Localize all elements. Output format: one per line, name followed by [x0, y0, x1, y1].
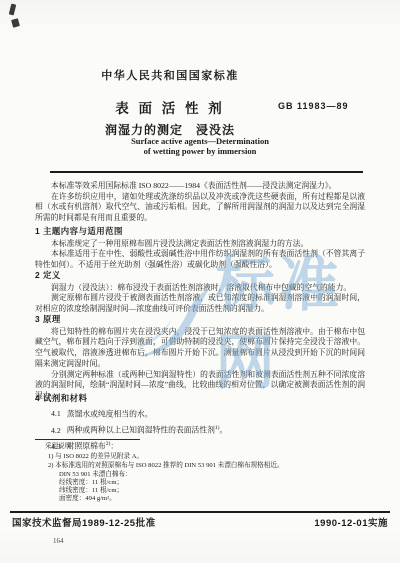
footnote-label: 采用说明： [45, 442, 365, 452]
item-text: 蒸馏水或纯度相当的水。 [67, 409, 153, 418]
scan-mark [9, 4, 17, 16]
footnote: 2) 本标准选用的对照原棉布与 ISO 8022 推荐的 DIN 53 901 … [48, 461, 365, 471]
footnote-spec-line: 纬线密度：11 根/cm； [59, 487, 365, 495]
paragraph: 本标准等效采用国际标准 ISO 8022——1984《表面活性剂——浸没法测定润… [35, 181, 365, 192]
paragraph: 在许多纺织应用中，诸如处理或洗涤纺织品以及冲洗或净洗这些硬表面，所有过程都是以液… [35, 192, 365, 224]
paragraph: 测定原棉布圆片浸没于被测表面活性剂溶液，或已知浓度的标准润湿剂溶液中的润湿时间，… [35, 293, 365, 314]
list-item: 4.1蒸馏水或纯度相当的水。 [51, 407, 365, 420]
header-divider [50, 171, 363, 173]
paragraph: 本标准适用于在中性、弱酸性或弱碱性浴中用作纺织润湿剂的所有表面活性剂（不管其离子… [35, 249, 365, 270]
paragraph: 本标准规定了一种用原棉布圆片浸没法测定表面活性剂溶液润湿力的方法。 [35, 239, 365, 250]
footnotes: 采用说明： 1) 与 ISO 8022 的差异见附录 A。 2) 本标准选用的对… [45, 439, 365, 503]
footnote-divider [35, 439, 140, 440]
implementation-note: 1990-12-01实施 [314, 515, 388, 529]
footnote-spec-line: 经线密度：11 根/cm； [59, 479, 365, 487]
document-page: 中华人民共和国国家标准 表 面 活 性 剂 润湿力的测定 浸没法 GB 1198… [0, 0, 400, 563]
item-number: 4.2 [51, 426, 61, 437]
item-number: 4.1 [51, 409, 61, 420]
section-heading: 4 试剂和材料 [35, 393, 365, 404]
section-scope: 1 主题内容与适用范围 本标准规定了一种用原棉布圆片浸没法测定表面活性剂溶液润湿… [35, 226, 365, 271]
footnote-spec-line: 面密度：494 g/m²。 [59, 495, 365, 503]
section-heading: 2 定义 [35, 270, 365, 281]
list-item: 4.2两种或两种以上已知润湿特性的表面活性剂1)。 [51, 423, 365, 436]
footnote-spec-line: DIN 53 901 未漂白棉布： [59, 471, 365, 479]
english-title-line2: of wetting power by immersion [35, 146, 365, 156]
footnote: 1) 与 ISO 8022 的差异见附录 A。 [48, 452, 365, 462]
page-number: 164 [53, 537, 64, 545]
intro-section: 本标准等效采用国际标准 ISO 8022——1984《表面活性剂——浸没法测定润… [35, 181, 365, 224]
header: 中华人民共和国国家标准 表 面 活 性 剂 润湿力的测定 浸没法 [50, 67, 290, 138]
paragraph: 润湿力（浸没法）：棉布浸没于表面活性剂溶液时，溶液取代棉布中包藏的空气的能力。 [35, 283, 365, 294]
national-standard-label: 中华人民共和国国家标准 [50, 67, 290, 83]
section-principle: 3 原理 将已知特性的棉布圆片夹在浸没夹内，浸没于已知浓度的表面活性剂溶液中。由… [35, 314, 365, 402]
item-text: 两种或两种以上已知润湿特性的表面活性剂 [67, 426, 215, 435]
section-definition: 2 定义 润湿力（浸没法）：棉布浸没于表面活性剂溶液时，溶液取代棉布中包藏的空气… [35, 270, 365, 315]
paragraph: 将已知特性的棉布圆片夹在浸没夹内，浸没于已知浓度的表面活性剂溶液中。由于棉布中包… [35, 327, 365, 370]
section-heading: 3 原理 [35, 314, 365, 325]
english-title: Surface active agents—Determination of w… [35, 136, 365, 156]
english-title-line1: Surface active agents—Determination [35, 136, 365, 146]
section-heading: 1 主题内容与适用范围 [35, 226, 365, 237]
page-title: 表 面 活 性 剂 [50, 97, 290, 117]
standard-code: GB 11983—89 [278, 101, 349, 111]
scan-mark [11, 18, 20, 28]
item-tail: 。 [219, 426, 227, 435]
footer: 国家技术监督局1989-12-25批准 1990-12-01实施 [12, 515, 388, 529]
approval-note: 国家技术监督局1989-12-25批准 [12, 515, 156, 529]
footer-divider [10, 511, 390, 513]
